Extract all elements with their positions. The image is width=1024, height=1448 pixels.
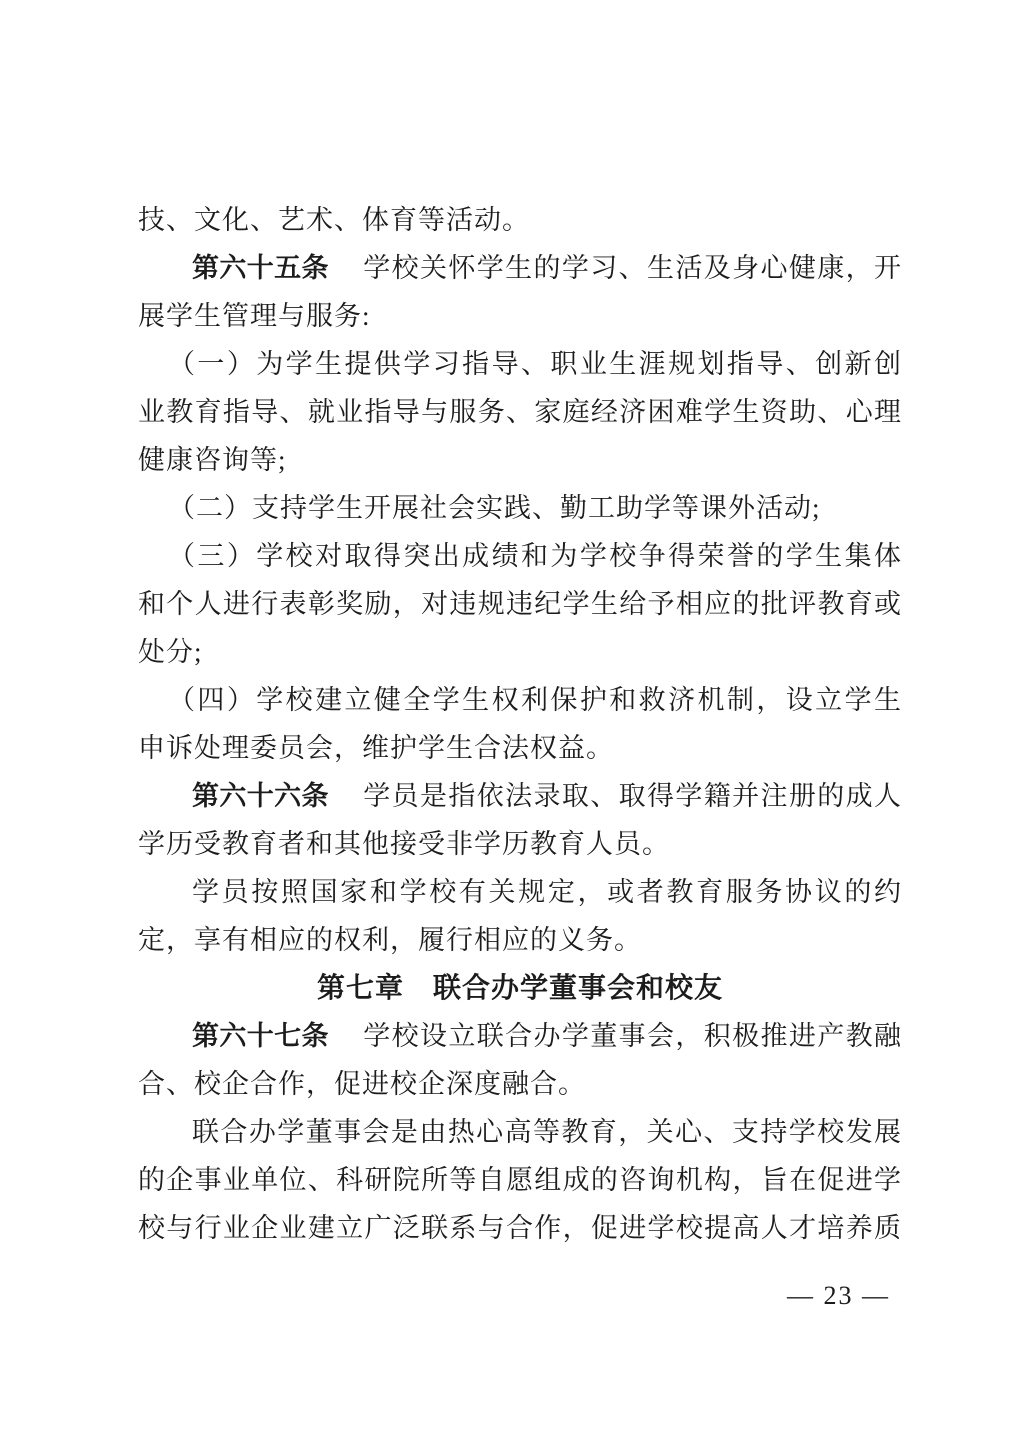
body-line: 校与行业企业建立广泛联系与合作，促进学校提高人才培养质 <box>138 1204 902 1252</box>
body-line: 处分; <box>138 628 902 676</box>
body-line: 的企事业单位、科研院所等自愿组成的咨询机构，旨在促进学 <box>138 1156 902 1204</box>
chapter-heading: 第七章 联合办学董事会和校友 <box>138 964 902 1012</box>
page-number: — 23 — <box>787 1276 890 1316</box>
body-line-item-4: （四）学校建立健全学生权利保护和救济机制，设立学生 <box>138 676 902 724</box>
article-text: 学校关怀学生的学习、生活及身心健康，开 <box>363 253 902 283</box>
body-line: 联合办学董事会是由热心高等教育，关心、支持学校发展 <box>138 1108 902 1156</box>
body-line-article-67: 第六十七条学校设立联合办学董事会，积极推进产教融 <box>138 1012 902 1060</box>
article-text: 学员是指依法录取、取得学籍并注册的成人 <box>363 781 902 811</box>
article-number-bold: 第六十五条 <box>192 253 329 283</box>
body-line-item-3: （三）学校对取得突出成绩和为学校争得荣誉的学生集体 <box>138 532 902 580</box>
body-line: 合、校企合作，促进校企深度融合。 <box>138 1060 902 1108</box>
body-line: 业教育指导、就业指导与服务、家庭经济困难学生资助、心理 <box>138 388 902 436</box>
body-line: 定，享有相应的权利，履行相应的义务。 <box>138 916 902 964</box>
body-line: 健康咨询等; <box>138 436 902 484</box>
body-line-item-1: （一）为学生提供学习指导、职业生涯规划指导、创新创 <box>138 340 902 388</box>
page-body: 技、文化、艺术、体育等活动。 第六十五条学校关怀学生的学习、生活及身心健康，开 … <box>138 196 902 1252</box>
article-text: 学校设立联合办学董事会，积极推进产教融 <box>363 1021 902 1051</box>
body-line: 申诉处理委员会，维护学生合法权益。 <box>138 724 902 772</box>
body-line: 展学生管理与服务: <box>138 292 902 340</box>
body-line: 技、文化、艺术、体育等活动。 <box>138 196 902 244</box>
article-number-bold: 第六十六条 <box>192 781 329 811</box>
body-line: 学历受教育者和其他接受非学历教育人员。 <box>138 820 902 868</box>
body-line: 和个人进行表彰奖励，对违规违纪学生给予相应的批评教育或 <box>138 580 902 628</box>
body-line-article-65: 第六十五条学校关怀学生的学习、生活及身心健康，开 <box>138 244 902 292</box>
body-line-item-2: （二）支持学生开展社会实践、勤工助学等课外活动; <box>138 484 902 532</box>
body-line: 学员按照国家和学校有关规定，或者教育服务协议的约 <box>138 868 902 916</box>
document-page: 技、文化、艺术、体育等活动。 第六十五条学校关怀学生的学习、生活及身心健康，开 … <box>0 0 1024 1448</box>
article-number-bold: 第六十七条 <box>192 1021 329 1051</box>
body-line-article-66: 第六十六条学员是指依法录取、取得学籍并注册的成人 <box>138 772 902 820</box>
